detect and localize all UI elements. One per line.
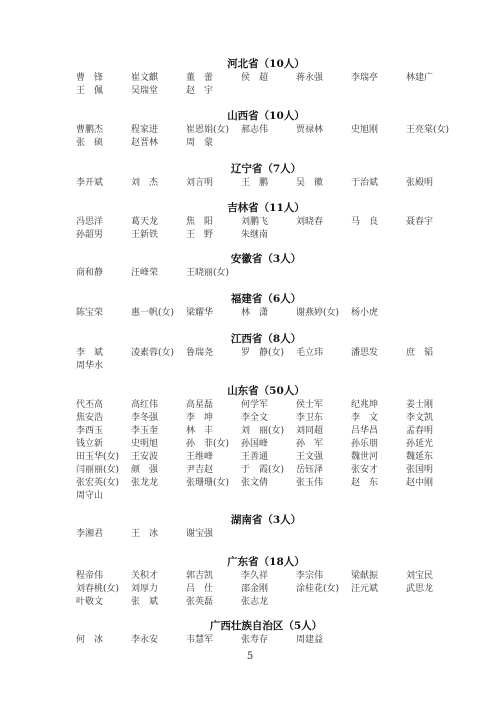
person-name: 庶 韬	[406, 347, 458, 360]
person-name: 张龙龙	[131, 477, 183, 490]
name-list: 代丕高高红伟高星磊何学军侯士军纪兆坤姜士刚焦安浩李冬强李 坤李全文李卫东李 文李…	[76, 399, 456, 503]
person-name: 吕 仕	[186, 583, 238, 596]
person-name: 李久祥	[241, 570, 293, 583]
person-name: 李瑞亭	[351, 72, 403, 85]
person-name: 孟春明	[406, 425, 458, 438]
person-name: 王善通	[241, 451, 293, 464]
person-name: 王亮棠(女)	[406, 124, 458, 137]
person-name: 颜 强	[131, 464, 183, 477]
person-name: 侯士军	[296, 399, 348, 412]
section-shanxi: 山西省（10人） 曹鹏杰程家进崔恩娟(女)郝志伟贾禄林史旭刚王亮棠(女)张 硕赵…	[76, 110, 456, 150]
person-name: 李宗伟	[296, 570, 348, 583]
person-name: 刘宝民	[406, 570, 458, 583]
person-name: 孙延光	[406, 438, 458, 451]
person-name: 高红伟	[131, 399, 183, 412]
person-name: 周 蒙	[186, 137, 238, 150]
person-name: 姜士刚	[406, 399, 458, 412]
section-jilin: 吉林省（11人） 冯思洋葛天龙焦 阳刘鹏飞刘晓春马 良聂春宇孙韶男王新铁王 野朱…	[76, 202, 456, 242]
person-name: 于 霞(女)	[241, 464, 293, 477]
person-name: 焦安浩	[76, 412, 128, 425]
person-name: 张寿存	[241, 634, 293, 647]
person-name: 刘鹏飞	[241, 216, 293, 229]
person-name: 吴瑞堂	[131, 85, 183, 98]
person-name: 林 丰	[186, 425, 238, 438]
section-title: 江西省（8人）	[76, 333, 456, 346]
section-title: 广西壮族自治区（5人）	[76, 620, 456, 633]
person-name: 武思龙	[406, 583, 458, 596]
person-name: 蒋永强	[296, 72, 348, 85]
person-name: 侯 超	[241, 72, 293, 85]
person-name: 魏延东	[406, 451, 458, 464]
person-name: 刘 杰	[131, 177, 183, 190]
person-name: 曹鹏杰	[76, 124, 128, 137]
person-name: 李玉奎	[131, 425, 183, 438]
person-name: 赵中刚	[406, 477, 458, 490]
person-name: 周华水	[76, 360, 128, 373]
person-name: 谢宝强	[186, 528, 238, 541]
person-name: 何 冰	[76, 634, 128, 647]
person-name: 闫丽丽(女)	[76, 464, 128, 477]
person-name: 李文凯	[406, 412, 458, 425]
section-title: 山东省（50人）	[76, 385, 456, 398]
person-name: 刘晓春	[296, 216, 348, 229]
person-name: 贾禄林	[296, 124, 348, 137]
person-name: 张英磊	[186, 596, 238, 609]
person-name: 王晓丽(女)	[186, 267, 238, 280]
person-name: 涂桂花(女)	[296, 583, 348, 596]
person-name: 张玉伟	[296, 477, 348, 490]
person-name: 焦 阳	[186, 216, 238, 229]
person-name: 崔恩娟(女)	[186, 124, 238, 137]
person-name: 李 斌	[76, 347, 128, 360]
person-name: 崔文麒	[131, 72, 183, 85]
person-name: 李 坤	[186, 412, 238, 425]
person-name: 刘言明	[186, 177, 238, 190]
person-name: 关积才	[131, 570, 183, 583]
person-name: 何学军	[241, 399, 293, 412]
person-name: 叶敬文	[76, 596, 128, 609]
person-name: 赵晋林	[131, 137, 183, 150]
name-list: 冯思洋葛天龙焦 阳刘鹏飞刘晓春马 良聂春宇孙韶男王新铁王 野朱继南	[76, 216, 456, 242]
name-list: 李 斌凌素蓉(女)鲁瑞尧罗 静(女)毛立玮潘思发庶 韬周华水	[76, 347, 456, 373]
person-name: 林 潇	[241, 307, 293, 320]
section-title: 山西省（10人）	[76, 110, 456, 123]
person-name: 于治斌	[351, 177, 403, 190]
name-list: 商和静汪峰荣王晓丽(女)	[76, 267, 456, 280]
person-name: 张志龙	[241, 596, 293, 609]
person-name: 刘同超	[296, 425, 348, 438]
person-name: 代丕高	[76, 399, 128, 412]
person-name: 张殿明	[406, 177, 458, 190]
person-name: 岳钰泽	[296, 464, 348, 477]
person-name: 郭吉凯	[186, 570, 238, 583]
name-list: 曹鹏杰程家进崔恩娟(女)郝志伟贾禄林史旭刚王亮棠(女)张 硕赵晋林周 蒙	[76, 124, 456, 150]
person-name: 罗 静(女)	[241, 347, 293, 360]
section-title: 安徽省（3人）	[76, 253, 456, 266]
person-name: 孙 军	[296, 438, 348, 451]
person-name: 尹吉赵	[186, 464, 238, 477]
person-name: 李 文	[351, 412, 403, 425]
person-name: 孙乐朋	[351, 438, 403, 451]
name-list: 李湘君王 冰谢宝强	[76, 528, 456, 541]
person-name: 周建益	[296, 634, 348, 647]
person-name: 张宏英(女)	[76, 477, 128, 490]
person-name: 汪元斌	[351, 583, 403, 596]
person-name: 王维峰	[186, 451, 238, 464]
person-name: 张安才	[351, 464, 403, 477]
person-name: 高星磊	[186, 399, 238, 412]
person-name: 凌素蓉(女)	[131, 347, 183, 360]
person-name: 林建广	[406, 72, 458, 85]
person-name: 曹 锋	[76, 72, 128, 85]
person-name: 王安波	[131, 451, 183, 464]
person-name: 李开斌	[76, 177, 128, 190]
person-name: 史明旭	[131, 438, 183, 451]
person-name: 程家进	[131, 124, 183, 137]
name-list: 曹 锋崔文麒董 蕾侯 超蒋永强李瑞亭林建广王 佩吴瑞堂赵 宇	[76, 72, 456, 98]
person-name: 梁耀华	[186, 307, 238, 320]
person-name: 张国明	[406, 464, 458, 477]
person-name: 李永安	[131, 634, 183, 647]
section-fujian: 福建省（6人） 陈宝荣惠一帆(女)梁耀华林 潇谢燕婷(女)杨小虎	[76, 293, 456, 320]
person-name: 聂春宇	[406, 216, 458, 229]
section-jiangxi: 江西省（8人） 李 斌凌素蓉(女)鲁瑞尧罗 静(女)毛立玮潘思发庶 韬周华水	[76, 333, 456, 373]
section-hunan: 湖南省（3人） 李湘君王 冰谢宝强	[76, 514, 456, 541]
person-name: 张文倩	[241, 477, 293, 490]
person-name: 孙韶男	[76, 229, 128, 242]
person-name: 李卫东	[296, 412, 348, 425]
person-name: 赵 宇	[186, 85, 238, 98]
section-liaoning: 辽宁省（7人） 李开斌刘 杰刘言明王 鹏吴 徽于治斌张殿明	[76, 163, 456, 190]
person-name: 孙国峰	[241, 438, 293, 451]
person-name: 惠一帆(女)	[131, 307, 183, 320]
section-guangdong: 广东省（18人） 程帝伟关积才郭吉凯李久祥李宗伟梁献振刘宝民刘春桃(女)刘厚力吕…	[76, 556, 456, 609]
name-list: 何 冰李永安韦慧军张寿存周建益	[76, 634, 456, 647]
person-name: 李全文	[241, 412, 293, 425]
person-name: 孙 菲(女)	[186, 438, 238, 451]
person-name: 朱继南	[241, 229, 293, 242]
person-name: 王 鹏	[241, 177, 293, 190]
document-page: 河北省（10人） 曹 锋崔文麒董 蕾侯 超蒋永强李瑞亭林建广王 佩吴瑞堂赵 宇 …	[0, 0, 500, 706]
name-list: 程帝伟关积才郭吉凯李久祥李宗伟梁献振刘宝民刘春桃(女)刘厚力吕 仕邵金刚涂桂花(…	[76, 570, 456, 609]
person-name: 韦慧军	[186, 634, 238, 647]
person-name: 邵金刚	[241, 583, 293, 596]
person-name: 梁献振	[351, 570, 403, 583]
person-name: 赵 东	[351, 477, 403, 490]
section-title: 辽宁省（7人）	[76, 163, 456, 176]
person-name: 马 良	[351, 216, 403, 229]
person-name: 郝志伟	[241, 124, 293, 137]
person-name: 葛天龙	[131, 216, 183, 229]
page-number: 5	[0, 651, 500, 662]
person-name: 王 野	[186, 229, 238, 242]
person-name: 潘思发	[351, 347, 403, 360]
person-name: 钱立新	[76, 438, 128, 451]
name-list: 陈宝荣惠一帆(女)梁耀华林 潇谢燕婷(女)杨小虎	[76, 307, 456, 320]
section-title: 福建省（6人）	[76, 293, 456, 306]
person-name: 杨小虎	[351, 307, 403, 320]
person-name: 刘春桃(女)	[76, 583, 128, 596]
person-name: 谢燕婷(女)	[296, 307, 348, 320]
section-guangxi: 广西壮族自治区（5人） 何 冰李永安韦慧军张寿存周建益	[76, 620, 456, 647]
section-shandong: 山东省（50人） 代丕高高红伟高星磊何学军侯士军纪兆坤姜士刚焦安浩李冬强李 坤李…	[76, 385, 456, 503]
section-anhui: 安徽省（3人） 商和静汪峰荣王晓丽(女)	[76, 253, 456, 280]
name-list: 李开斌刘 杰刘言明王 鹏吴 徽于治斌张殿明	[76, 177, 456, 190]
person-name: 汪峰荣	[131, 267, 183, 280]
section-hebei: 河北省（10人） 曹 锋崔文麒董 蕾侯 超蒋永强李瑞亭林建广王 佩吴瑞堂赵 宇	[76, 58, 456, 98]
section-title: 河北省（10人）	[76, 58, 456, 71]
person-name: 王新铁	[131, 229, 183, 242]
person-name: 魏世河	[351, 451, 403, 464]
person-name: 董 蕾	[186, 72, 238, 85]
person-name: 冯思洋	[76, 216, 128, 229]
person-name: 程帝伟	[76, 570, 128, 583]
person-name: 吕华昌	[351, 425, 403, 438]
person-name: 田玉华(女)	[76, 451, 128, 464]
person-name: 纪兆坤	[351, 399, 403, 412]
person-name: 王 冰	[131, 528, 183, 541]
person-name: 李冬强	[131, 412, 183, 425]
section-title: 吉林省（11人）	[76, 202, 456, 215]
person-name: 王 佩	[76, 85, 128, 98]
person-name: 毛立玮	[296, 347, 348, 360]
person-name: 李西玉	[76, 425, 128, 438]
person-name: 吴 徽	[296, 177, 348, 190]
person-name: 李湘君	[76, 528, 128, 541]
person-name: 刘厚力	[131, 583, 183, 596]
section-title: 湖南省（3人）	[76, 514, 456, 527]
person-name: 商和静	[76, 267, 128, 280]
person-name: 张珊珊(女)	[186, 477, 238, 490]
person-name: 王文强	[296, 451, 348, 464]
person-name: 鲁瑞尧	[186, 347, 238, 360]
person-name: 刘 丽(女)	[241, 425, 293, 438]
person-name: 史旭刚	[351, 124, 403, 137]
person-name: 张 斌	[131, 596, 183, 609]
person-name: 周守山	[76, 490, 128, 503]
person-name: 张 硕	[76, 137, 128, 150]
section-title: 广东省（18人）	[76, 556, 456, 569]
person-name: 陈宝荣	[76, 307, 128, 320]
